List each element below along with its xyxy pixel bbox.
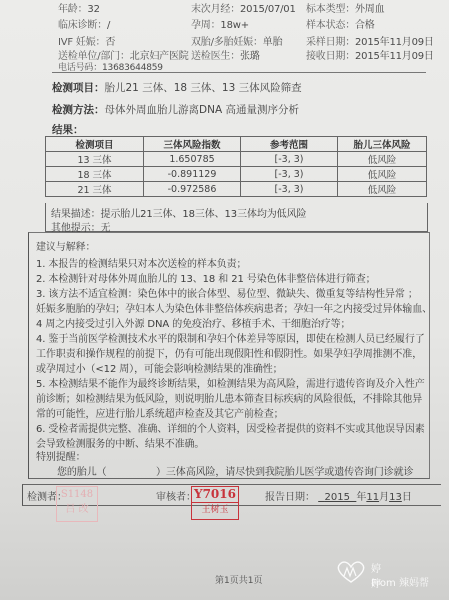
col-header-fetal-risk: 胎儿三体风险 bbox=[338, 137, 427, 152]
cell-risk-index: -0.891129 bbox=[144, 167, 241, 182]
advice-line: 常的可能性，应进行胎儿系统超声检查及其它产前检查； bbox=[36, 405, 284, 420]
reviewer-stamp-code: Y7016 bbox=[192, 487, 238, 503]
test-method-label: 检测方法： bbox=[52, 104, 105, 116]
sample-type-label: 标本类型： bbox=[306, 4, 355, 15]
table-row: 21 三体 -0.972586 [-3, 3) 低风险 bbox=[46, 182, 427, 197]
sample-status-value: 合格 bbox=[355, 20, 375, 31]
ivf-pregnancy-field: IVF 妊娠：否 bbox=[58, 33, 115, 48]
advice-line: 6. 受检者需提供完整、准确、详细的个人资料，因受检者提供的资料不实或其他误导因… bbox=[36, 420, 425, 435]
table-header-row: 检测项目 三体风险指数 参考范围 胎儿三体风险 bbox=[46, 137, 427, 152]
col-header-risk-index: 三体风险指数 bbox=[144, 137, 241, 152]
special-reminder-title: 特别提醒： bbox=[36, 448, 86, 463]
report-month: 11 bbox=[366, 492, 379, 503]
advice-line: 或孕周过小（<12 周），可能会影响检测结果的准确性； bbox=[36, 360, 283, 375]
test-method-value: 母体外周血胎儿游离DNA 高通量测序分析 bbox=[105, 104, 299, 116]
table-row: 13 三体 1.650785 [-3, 3) 低风险 bbox=[46, 152, 427, 167]
received-date-value: 2015年11月09日 bbox=[355, 51, 434, 62]
page-number: 第1页共1页 bbox=[215, 573, 262, 586]
advice-line: 2. 本检测针对母体外周血胎儿的 13、18 和 21 号染色体非整倍体进行筛查… bbox=[36, 270, 376, 285]
table-row: 18 三体 -0.891129 [-3, 3) 低风险 bbox=[46, 167, 427, 182]
twin-multiple-field: 双胎/多胎妊娠：单胎 bbox=[191, 33, 282, 48]
tester-stamp-code: S1148 bbox=[57, 487, 97, 502]
advice-line: 5. 本检测结果不能作为最终诊断结果，如检测结果为高风险，需进行遗传咨询及介入性… bbox=[36, 375, 425, 390]
header-divider bbox=[52, 72, 426, 73]
received-date-field: 接收日期：2015年11月09日 bbox=[306, 47, 434, 62]
test-item-label: 检测项目： bbox=[52, 82, 105, 94]
report-day: 13 bbox=[389, 492, 402, 503]
collection-date-field: 采样日期：2015年11月09日 bbox=[306, 33, 434, 48]
lab-report-page: 年龄：32 临床诊断：/ IVF 妊娠：否 送检单位/部门：北京妇产医院 电话号… bbox=[0, 0, 449, 600]
advice-line: 前诊断；如检测结果为低风险，则说明胎儿患本筛查目标疾病的风险很低，不排除其他异 bbox=[36, 390, 422, 405]
cell-fetal-risk: 低风险 bbox=[338, 182, 427, 197]
month-unit: 月 bbox=[379, 492, 389, 503]
cell-item: 18 三体 bbox=[46, 167, 144, 182]
test-item: 检测项目：胎儿21 三体、18 三体、13 三体风险筛查 bbox=[52, 80, 302, 95]
clinical-diagnosis-value: / bbox=[107, 20, 110, 31]
received-date-label: 接收日期： bbox=[306, 51, 355, 62]
advice-line: 工作职责和操作规程的前提下，仍有可能出现假阳性和假阴性。如果孕妇孕周推测不准， bbox=[36, 345, 422, 360]
watermark-source: From 辣妈帮 bbox=[371, 574, 429, 589]
submitting-doctor-label: 送检医生： bbox=[191, 51, 240, 62]
test-item-value: 胎儿21 三体、18 三体、13 三体风险筛查 bbox=[105, 82, 302, 94]
age-value: 32 bbox=[87, 4, 99, 15]
results-label: 结果： bbox=[52, 124, 84, 136]
reviewer-stamp-name: 王树玉 bbox=[192, 503, 238, 518]
last-menstrual-value: 2015/07/01 bbox=[240, 4, 296, 15]
result-description: 结果描述：提示胎儿21三体、18三体、13三体均为低风险 bbox=[51, 205, 306, 220]
gestational-week-value: 18w+ bbox=[220, 20, 248, 31]
cell-fetal-risk: 低风险 bbox=[338, 152, 427, 167]
tester-stamp-name: 吕 改 bbox=[57, 502, 97, 517]
col-header-reference-range: 参考范围 bbox=[241, 137, 338, 152]
report-date-label: 报告日期： bbox=[265, 492, 315, 503]
sample-type-value: 外周血 bbox=[355, 4, 384, 15]
advice-line: 3. 该方法不适宜检测：染色体中的嵌合体型、易位型、微缺失、微重复等结构性异常 … bbox=[36, 285, 418, 300]
gestational-week-field: 孕周：18w+ bbox=[191, 16, 249, 31]
age-field: 年龄：32 bbox=[58, 0, 100, 15]
last-menstrual-label: 末次月经： bbox=[191, 4, 240, 15]
advice-box: 建议与解释： 1. 本报告的检测结果只对本次送检的样本负责； 2. 本检测针对母… bbox=[28, 232, 430, 479]
advice-line: 4. 鉴于当前医学检测技术水平的限制和孕妇个体差异等原因，即使在检测人员已经履行… bbox=[36, 330, 425, 345]
reviewer-stamp: Y7016 王树玉 bbox=[191, 486, 239, 520]
cell-risk-index: 1.650785 bbox=[144, 152, 241, 167]
gestational-week-label: 孕周： bbox=[191, 20, 220, 31]
last-menstrual-field: 末次月经：2015/07/01 bbox=[191, 0, 296, 15]
day-unit: 日 bbox=[402, 492, 412, 503]
sample-status-field: 样本状态：合格 bbox=[306, 16, 375, 31]
report-day-value: 13 bbox=[389, 492, 402, 503]
cell-reference-range: [-3, 3) bbox=[241, 182, 338, 197]
report-month-value: 11 bbox=[366, 492, 379, 503]
year-unit: 年 bbox=[356, 492, 366, 503]
special-reminder-text: 您的胎儿（ ）三体高风险，请尽快到我院胎儿医学或遗传咨询门诊就诊 bbox=[57, 463, 413, 478]
submitting-doctor-field: 送检医生：张璐 bbox=[191, 47, 260, 62]
cell-item: 21 三体 bbox=[46, 182, 144, 197]
age-label: 年龄： bbox=[58, 4, 87, 15]
clinical-diagnosis-label: 临床诊断： bbox=[58, 20, 107, 31]
sample-type-field: 标本类型：外周血 bbox=[306, 0, 384, 15]
report-year: 2015 bbox=[318, 492, 356, 503]
twin-multiple-value: 单胎 bbox=[263, 37, 283, 48]
report-year-value: 2015 bbox=[325, 492, 350, 503]
report-date: 报告日期： 2015 年11月13日 bbox=[265, 488, 412, 503]
tester-stamp: S1148 吕 改 bbox=[56, 486, 98, 522]
reviewer-label: 审核者： bbox=[156, 488, 196, 503]
submitting-doctor-value: 张璐 bbox=[240, 51, 260, 62]
cell-fetal-risk: 低风险 bbox=[338, 167, 427, 182]
cell-risk-index: -0.972586 bbox=[144, 182, 241, 197]
advice-line: 1. 本报告的检测结果只对本次送检的样本负责； bbox=[36, 255, 246, 270]
clinical-diagnosis-field: 临床诊断：/ bbox=[58, 16, 110, 31]
heart-logo-icon bbox=[335, 560, 367, 584]
test-method: 检测方法：母体外周血胎儿游离DNA 高通量测序分析 bbox=[52, 102, 299, 117]
advice-line: 4 周之内接受过引入外源 DNA 的免疫治疗、移植手术、干细胞治疗等； bbox=[36, 315, 350, 330]
result-description-box: 结果描述：提示胎儿21三体、18三体、13三体均为低风险 其他提示：无 bbox=[45, 203, 428, 232]
advice-line: 妊娠多胞胎的孕妇；孕妇本人为染色体非整倍体疾病患者；孕妇一年之内接受过异体输血、 bbox=[36, 300, 432, 315]
cell-reference-range: [-3, 3) bbox=[241, 167, 338, 182]
advice-title: 建议与解释： bbox=[36, 238, 95, 253]
sample-status-label: 样本状态： bbox=[306, 20, 355, 31]
cell-reference-range: [-3, 3) bbox=[241, 152, 338, 167]
results-heading: 结果： bbox=[52, 122, 84, 137]
col-header-item: 检测项目 bbox=[46, 137, 144, 152]
cell-item: 13 三体 bbox=[46, 152, 144, 167]
results-table: 检测项目 三体风险指数 参考范围 胎儿三体风险 13 三体 1.650785 [… bbox=[45, 136, 427, 197]
